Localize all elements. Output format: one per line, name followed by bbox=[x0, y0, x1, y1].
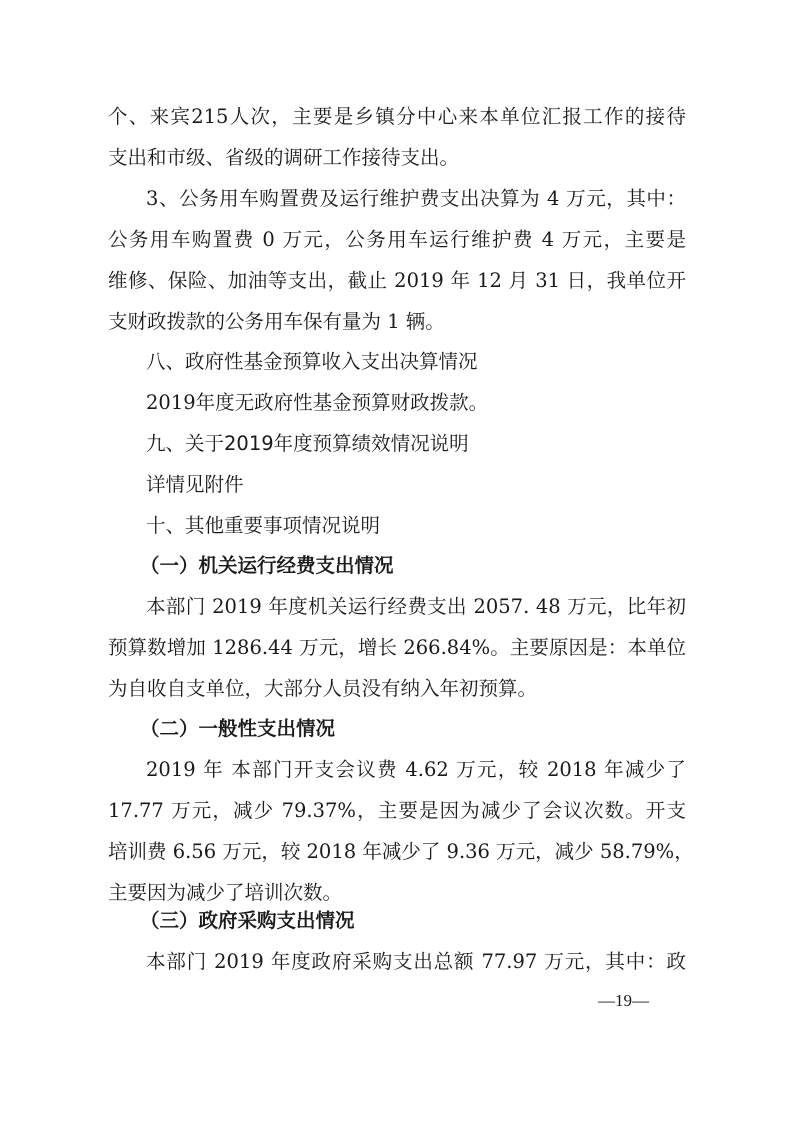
section-body: 2019年度无政府性基金预算财政拨款。 bbox=[146, 391, 488, 415]
paragraph-line: 预算数增加 1286.44 万元，增长 266.84%。主要原因是：本单位 bbox=[108, 636, 686, 660]
paragraph-line: 支财政拨款的公务用车保有量为 1 辆。 bbox=[108, 310, 686, 334]
paragraph-line: 公务用车购置费 0 万元，公务用车运行维护费 4 万元，主要是 bbox=[108, 228, 686, 252]
paragraph-line: 17.77 万元，减少 79.37%，主要是因为减少了会议次数。开支 bbox=[108, 799, 686, 823]
page-number: —19— bbox=[598, 990, 649, 1012]
section-body: 详情见附件 bbox=[146, 473, 244, 497]
paragraph-line: 个、来宾215人次，主要是乡镇分中心来本单位汇报工作的接待 bbox=[108, 105, 686, 129]
paragraph-line: 本部门 2019 年度机关运行经费支出 2057. 48 万元，比年初 bbox=[146, 595, 686, 619]
paragraph-line: 3、公务用车购置费及运行维护费支出决算为 4 万元，其中： bbox=[146, 187, 686, 211]
section-heading: 八、政府性基金预算收入支出决算情况 bbox=[146, 350, 478, 374]
subsection-heading: （三）政府采购支出情况 bbox=[140, 909, 355, 933]
paragraph-line: 支出和市级、省级的调研工作接待支出。 bbox=[108, 146, 686, 170]
section-heading: 十、其他重要事项情况说明 bbox=[146, 514, 380, 538]
paragraph-line: 主要因为减少了培训次数。 bbox=[108, 881, 686, 905]
subsection-heading: （一）机关运行经费支出情况 bbox=[140, 554, 394, 578]
section-heading: 九、关于2019年度预算绩效情况说明 bbox=[146, 432, 469, 456]
paragraph-line: 2019 年 本部门开支会议费 4.62 万元，较 2018 年减少了 bbox=[146, 758, 686, 782]
subsection-heading: （二）一般性支出情况 bbox=[140, 717, 335, 741]
paragraph-line: 维修、保险、加油等支出，截止 2019 年 12 月 31 日，我单位开 bbox=[108, 269, 686, 293]
paragraph-line: 本部门 2019 年度政府采购支出总额 77.97 万元，其中：政 bbox=[146, 950, 686, 974]
paragraph-line: 为自收自支单位，大部分人员没有纳入年初预算。 bbox=[108, 677, 686, 701]
paragraph-line: 培训费 6.56 万元，较 2018 年减少了 9.36 万元，减少 58.79… bbox=[108, 840, 686, 864]
